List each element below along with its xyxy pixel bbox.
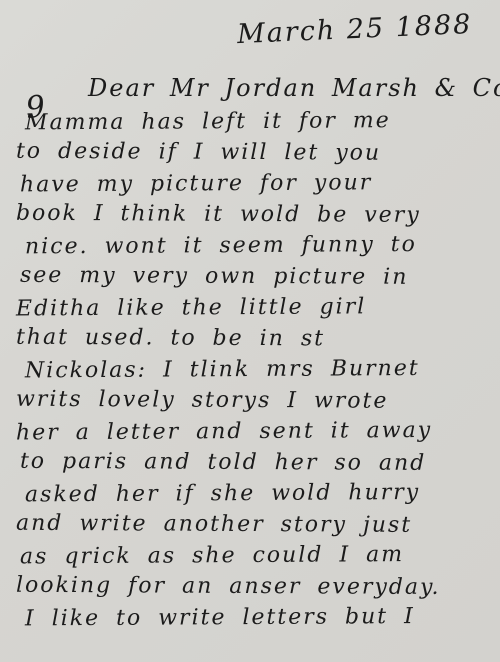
- letter-line: to paris and told her so and: [16, 446, 494, 480]
- letter-line: Editha like the little girl: [16, 291, 494, 325]
- letter-line: that used. to be in st: [16, 322, 494, 356]
- letter-line: as qrick as she could I am: [16, 539, 494, 573]
- letter-line: Nickolas: I tlink mrs Burnet: [16, 353, 494, 387]
- letter-page: March 25 1888 9 Dear Mr Jordan Marsh & C…: [0, 0, 500, 662]
- letter-date: March 25 1888: [236, 9, 473, 50]
- letter-line: have my picture for your: [16, 167, 494, 201]
- letter-line: to deside if I will let you: [16, 136, 494, 170]
- letter-line: nice. wont it seem funny to: [16, 229, 494, 263]
- letter-line: and write another story just: [16, 508, 494, 542]
- letter-line: see my very own picture in: [16, 260, 494, 294]
- letter-body: Mamma has left it for me to deside if I …: [16, 106, 494, 633]
- letter-line: writs lovely storys I wrote: [16, 384, 494, 418]
- letter-line: book I think it wold be very: [16, 198, 494, 232]
- letter-line: Mamma has left it for me: [16, 105, 494, 139]
- letter-line: looking for an anser everyday.: [16, 570, 494, 604]
- letter-line: I like to write letters but I: [16, 601, 494, 635]
- letter-line: her a letter and sent it away: [16, 415, 494, 449]
- letter-salutation: Dear Mr Jordan Marsh & Co: [88, 74, 500, 102]
- letter-line: asked her if she wold hurry: [16, 477, 494, 511]
